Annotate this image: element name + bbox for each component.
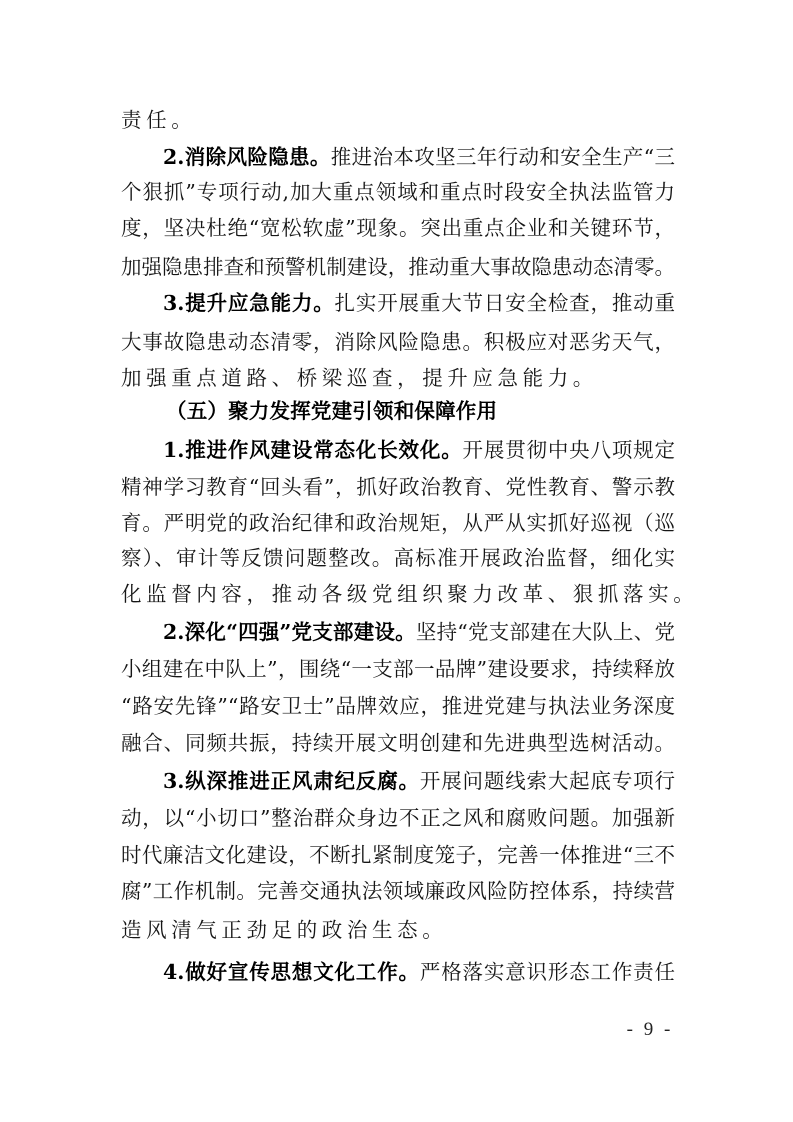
paragraph-line: 动，以“小切口”整治群众身边不正之风和腐败问题。加强新 xyxy=(121,803,675,833)
paragraph-line: 融合、同频共振，持续开展文明创建和先进典型选树活动。 xyxy=(121,728,675,758)
paragraph-line: 度，坚决杜绝“宽松软虚”现象。突出重点企业和关键环节， xyxy=(121,213,675,243)
line-text: 时代廉洁文化建设，不断扎紧制度笼子，完善一体推进“三不 xyxy=(121,843,675,867)
line-text: 腐”工作机制。完善交通执法领域廉政风险防控体系，持续营 xyxy=(121,879,675,903)
paragraph-line: 化监督内容，推动各级党组织聚力改革、狠抓落实。 xyxy=(121,579,675,609)
line-text: 严格落实意识形态工作责任 xyxy=(420,960,675,984)
section-lead: 4.做好宣传思想文化工作。 xyxy=(163,960,420,984)
line-text: 造风清气正劲足的政治生态。 xyxy=(121,918,447,942)
line-text: 加强重点道路、桥梁巡查，提升应急能力。 xyxy=(121,366,598,390)
section-lead: 2.深化“四强”党支部建设。 xyxy=(163,620,416,644)
line-text: 精神学习教育“回头看”，抓好政治教育、党性教育、警示教 xyxy=(121,475,675,499)
paragraph-line: 3.纵深推进正风肃纪反腐。开展问题线索大起底专项行 xyxy=(163,766,675,796)
line-text: 开展贯彻中央八项规定 xyxy=(463,438,675,462)
line-text: 扎实开展重大节日安全检查，推动重 xyxy=(335,291,675,315)
paragraph-line: “路安先锋”“路安卫士”品牌效应，推进党建与执法业务深度 xyxy=(121,691,675,721)
line-text: 化监督内容，推动各级党组织聚力改革、狠抓落实。 xyxy=(121,582,698,606)
section-lead: 3.提升应急能力。 xyxy=(163,291,335,315)
section-lead: 1.推进作风建设常态化长效化。 xyxy=(163,438,463,462)
paragraph-line: 2.消除风险隐患。推进治本攻坚三年行动和安全生产“三 xyxy=(163,142,675,172)
line-text: 坚持“党支部建在大队上、党 xyxy=(416,620,675,644)
line-text: 开展问题线索大起底专项行 xyxy=(420,769,675,793)
paragraph-line: 时代廉洁文化建设，不断扎紧制度笼子，完善一体推进“三不 xyxy=(121,840,675,870)
line-text: 推进治本攻坚三年行动和安全生产“三 xyxy=(331,145,675,169)
paragraph-line: 育。严明党的政治纪律和政治规矩，从严从实抓好巡视（巡 xyxy=(121,508,675,538)
line-text: 融合、同频共振，持续开展文明创建和先进典型选树活动。 xyxy=(121,731,675,755)
line-text: 个狠抓”专项行动,加大重点领域和重点时段安全执法监管力 xyxy=(121,180,675,204)
paragraph-line: 小组建在中队上”，围绕“一支部一品牌”建设要求，持续释放 xyxy=(121,654,675,684)
line-text: “路安先锋”“路安卫士”品牌效应，推进党建与执法业务深度 xyxy=(121,694,675,718)
paragraph-line: 个狠抓”专项行动,加大重点领域和重点时段安全执法监管力 xyxy=(121,177,675,207)
paragraph-line: 3.提升应急能力。扎实开展重大节日安全检查，推动重 xyxy=(163,288,675,318)
paragraph-line: 责任。 xyxy=(121,105,675,135)
paragraph-line: 腐”工作机制。完善交通执法领域廉政风险防控体系，持续营 xyxy=(121,876,675,906)
line-text: 责任。 xyxy=(121,108,196,132)
paragraph-line: 大事故隐患动态清零，消除风险隐患。积极应对恶劣天气， xyxy=(121,327,675,357)
line-text: 度，坚决杜绝“宽松软虚”现象。突出重点企业和关键环节， xyxy=(121,216,675,240)
paragraph-line: 察）、审计等反馈问题整改。高标准开展政治监督，细化实 xyxy=(121,543,675,573)
line-text: 动，以“小切口”整治群众身边不正之风和腐败问题。加强新 xyxy=(121,806,675,830)
paragraph-line: 加强重点道路、桥梁巡查，提升应急能力。 xyxy=(121,363,675,393)
section-lead: 3.纵深推进正风肃纪反腐。 xyxy=(163,769,420,793)
paragraph-line: 造风清气正劲足的政治生态。 xyxy=(121,915,675,945)
page-number: - 9 - xyxy=(620,1017,680,1043)
paragraph-line: 2.深化“四强”党支部建设。坚持“党支部建在大队上、党 xyxy=(163,617,675,647)
paragraph-line: 加强隐患排查和预警机制建设，推动重大事故隐患动态清零。 xyxy=(121,252,675,282)
paragraph-line: 4.做好宣传思想文化工作。严格落实意识形态工作责任 xyxy=(163,957,675,987)
document-page: 责任。 2.消除风险隐患。推进治本攻坚三年行动和安全生产“三 个狠抓”专项行动,… xyxy=(0,0,793,1122)
line-text: 育。严明党的政治纪律和政治规矩，从严从实抓好巡视（巡 xyxy=(121,511,675,535)
paragraph-line: 精神学习教育“回头看”，抓好政治教育、党性教育、警示教 xyxy=(121,472,675,502)
section-heading: （五）聚力发挥党建引领和保障作用 xyxy=(166,396,497,426)
line-text: 加强隐患排查和预警机制建设，推动重大事故隐患动态清零。 xyxy=(121,255,675,279)
section-lead: 2.消除风险隐患。 xyxy=(163,145,331,169)
line-text: 大事故隐患动态清零，消除风险隐患。积极应对恶劣天气， xyxy=(121,330,675,354)
paragraph-line: 1.推进作风建设常态化长效化。开展贯彻中央八项规定 xyxy=(163,435,675,465)
line-text: 察）、审计等反馈问题整改。高标准开展政治监督，细化实 xyxy=(121,546,675,570)
line-text: 小组建在中队上”，围绕“一支部一品牌”建设要求，持续释放 xyxy=(121,657,675,681)
